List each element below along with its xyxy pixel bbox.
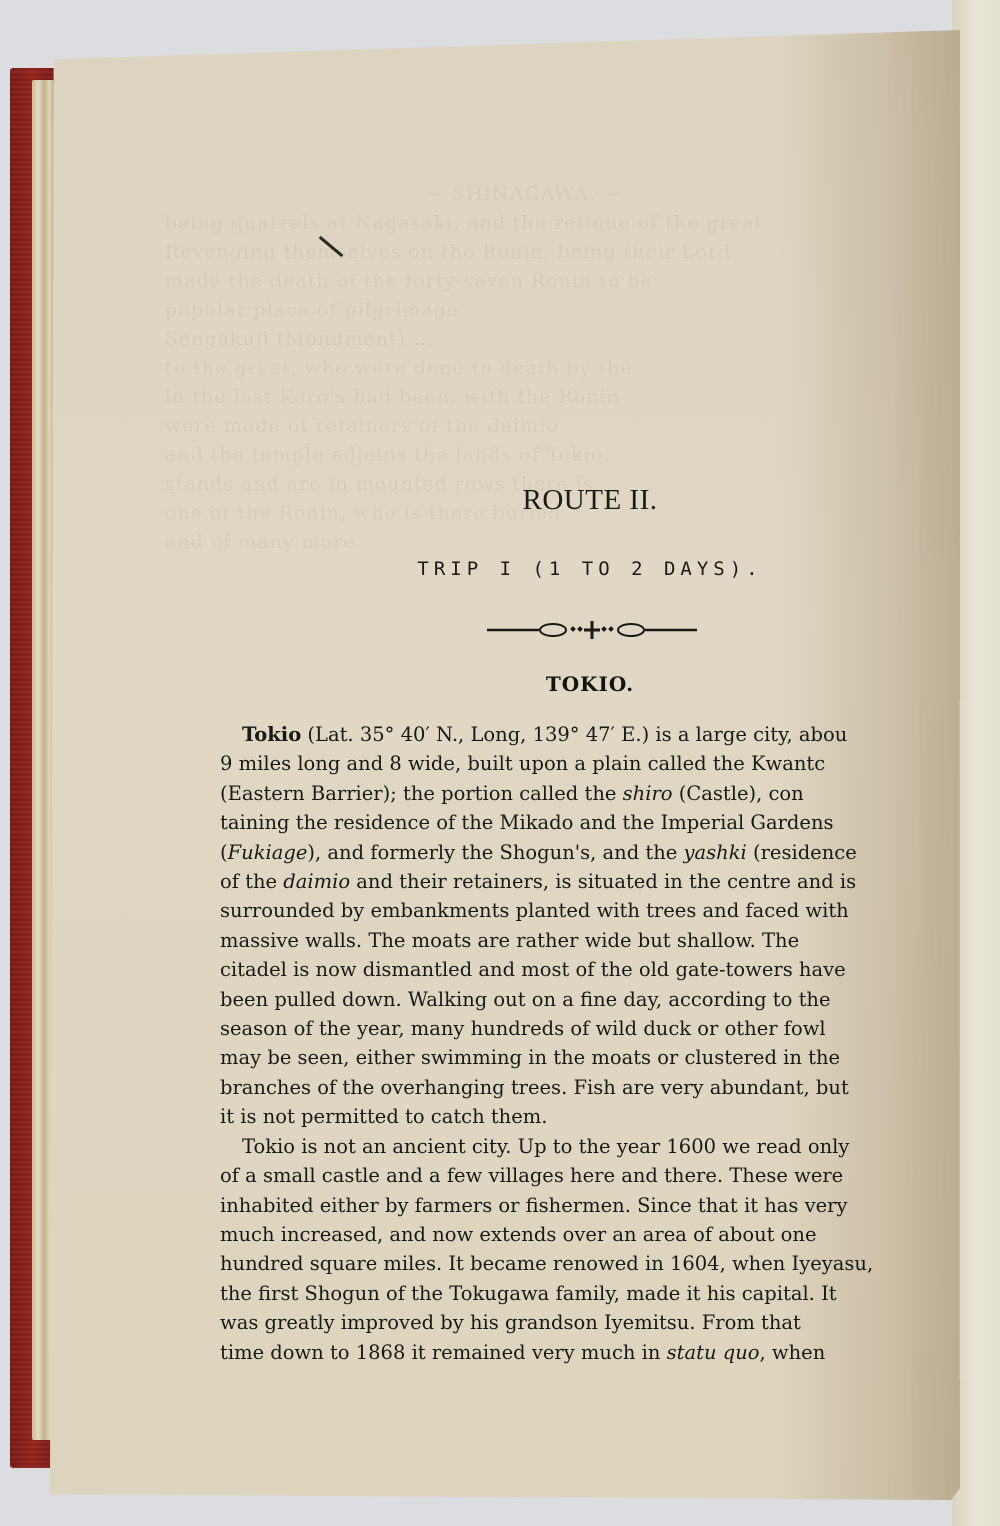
text-line: time down to 1868 it remained very much …: [220, 1338, 960, 1367]
italic-term: Fukiage: [228, 841, 308, 864]
text-span: ), and formerly the Shogun's, and the: [307, 841, 683, 864]
text-span: (: [220, 841, 228, 864]
text-line: citadel is now dismantled and most of th…: [220, 955, 960, 984]
bleed-line: Sengakuji (Monument) ...: [165, 325, 885, 354]
text-line: Tokio is not an ancient city. Up to the …: [220, 1132, 960, 1161]
italic-term: statu quo: [667, 1341, 760, 1364]
bleed-line: made the death of the forty-seven Ronin …: [165, 267, 885, 296]
text-line: branches of the overhanging trees. Fish …: [220, 1073, 960, 1102]
text-line: may be seen, either swimming in the moat…: [220, 1043, 960, 1072]
text-line: massive walls. The moats are rather wide…: [220, 926, 960, 955]
text-line: been pulled down. Walking out on a fine …: [220, 985, 960, 1014]
section-title: TOKIO.: [0, 672, 1000, 696]
text-line: inhabited either by farmers or fishermen…: [220, 1191, 960, 1220]
bleed-line: Revenging themselves on the Ronin, being…: [165, 238, 885, 267]
text-line: hundred square miles. It became renowed …: [220, 1249, 960, 1278]
text-span: (residence: [747, 841, 857, 864]
bleed-line: popular place of pilgrimage: [165, 296, 885, 325]
text-line: it is not permitted to catch them.: [220, 1102, 960, 1131]
text-span: , when: [760, 1341, 826, 1364]
body-text: Tokio (Lat. 35° 40′ N., Long, 139° 47′ E…: [220, 720, 980, 1367]
text-span: (Castle), con: [673, 782, 804, 805]
italic-term: shiro: [623, 782, 673, 805]
bleed-line: being quarrels at Nagasaki, and the reti…: [165, 209, 885, 238]
bleed-line: — SHINAGAWA. —: [165, 180, 885, 209]
text-line: Tokio (Lat. 35° 40′ N., Long, 139° 47′ E…: [220, 720, 960, 749]
bold-term: Tokio: [242, 723, 301, 746]
bleed-through-text: — SHINAGAWA. — being quarrels at Nagasak…: [165, 180, 885, 600]
route-title: ROUTE II.: [0, 484, 1000, 517]
bleed-line: and the temple adjoins the lands of Toki…: [165, 441, 885, 470]
text-span: of the: [220, 870, 283, 893]
ornamental-divider-icon: [487, 620, 697, 640]
text-line: surrounded by embankments planted with t…: [220, 896, 960, 925]
text-line: much increased, and now extends over an …: [220, 1220, 960, 1249]
page-gutter-shadow: [958, 700, 964, 1380]
text-span: time down to 1868 it remained very much …: [220, 1341, 667, 1364]
text-line: of the daimio and their retainers, is si…: [220, 867, 960, 896]
text-line: (Fukiage), and formerly the Shogun's, an…: [220, 838, 960, 867]
text-line: of a small castle and a few villages her…: [220, 1161, 960, 1190]
text-line: taining the residence of the Mikado and …: [220, 808, 960, 837]
bleed-line: and of many more.: [165, 528, 885, 557]
text-line: 9 miles long and 8 wide, built upon a pl…: [220, 749, 960, 778]
text-line: (Eastern Barrier); the portion called th…: [220, 779, 960, 808]
text-span: and their retainers, is situated in the …: [350, 870, 856, 893]
text-span: (Lat. 35° 40′ N., Long, 139° 47′ E.) is …: [301, 723, 847, 746]
text-line: the first Shogun of the Tokugawa family,…: [220, 1279, 960, 1308]
italic-term: yashki: [684, 841, 747, 864]
italic-term: daimio: [283, 870, 350, 893]
text-line: season of the year, many hundreds of wil…: [220, 1014, 960, 1043]
text-span: (Eastern Barrier); the portion called th…: [220, 782, 623, 805]
bleed-line: in the last Karo's had been, with the Ro…: [165, 383, 885, 412]
trip-title: TRIP I (1 TO 2 DAYS).: [0, 558, 1000, 580]
text-line: was greatly improved by his grandson Iye…: [220, 1308, 960, 1337]
bleed-line: to the great, who were done to death by …: [165, 354, 885, 383]
bleed-line: were made of retainers of the daimio: [165, 412, 885, 441]
